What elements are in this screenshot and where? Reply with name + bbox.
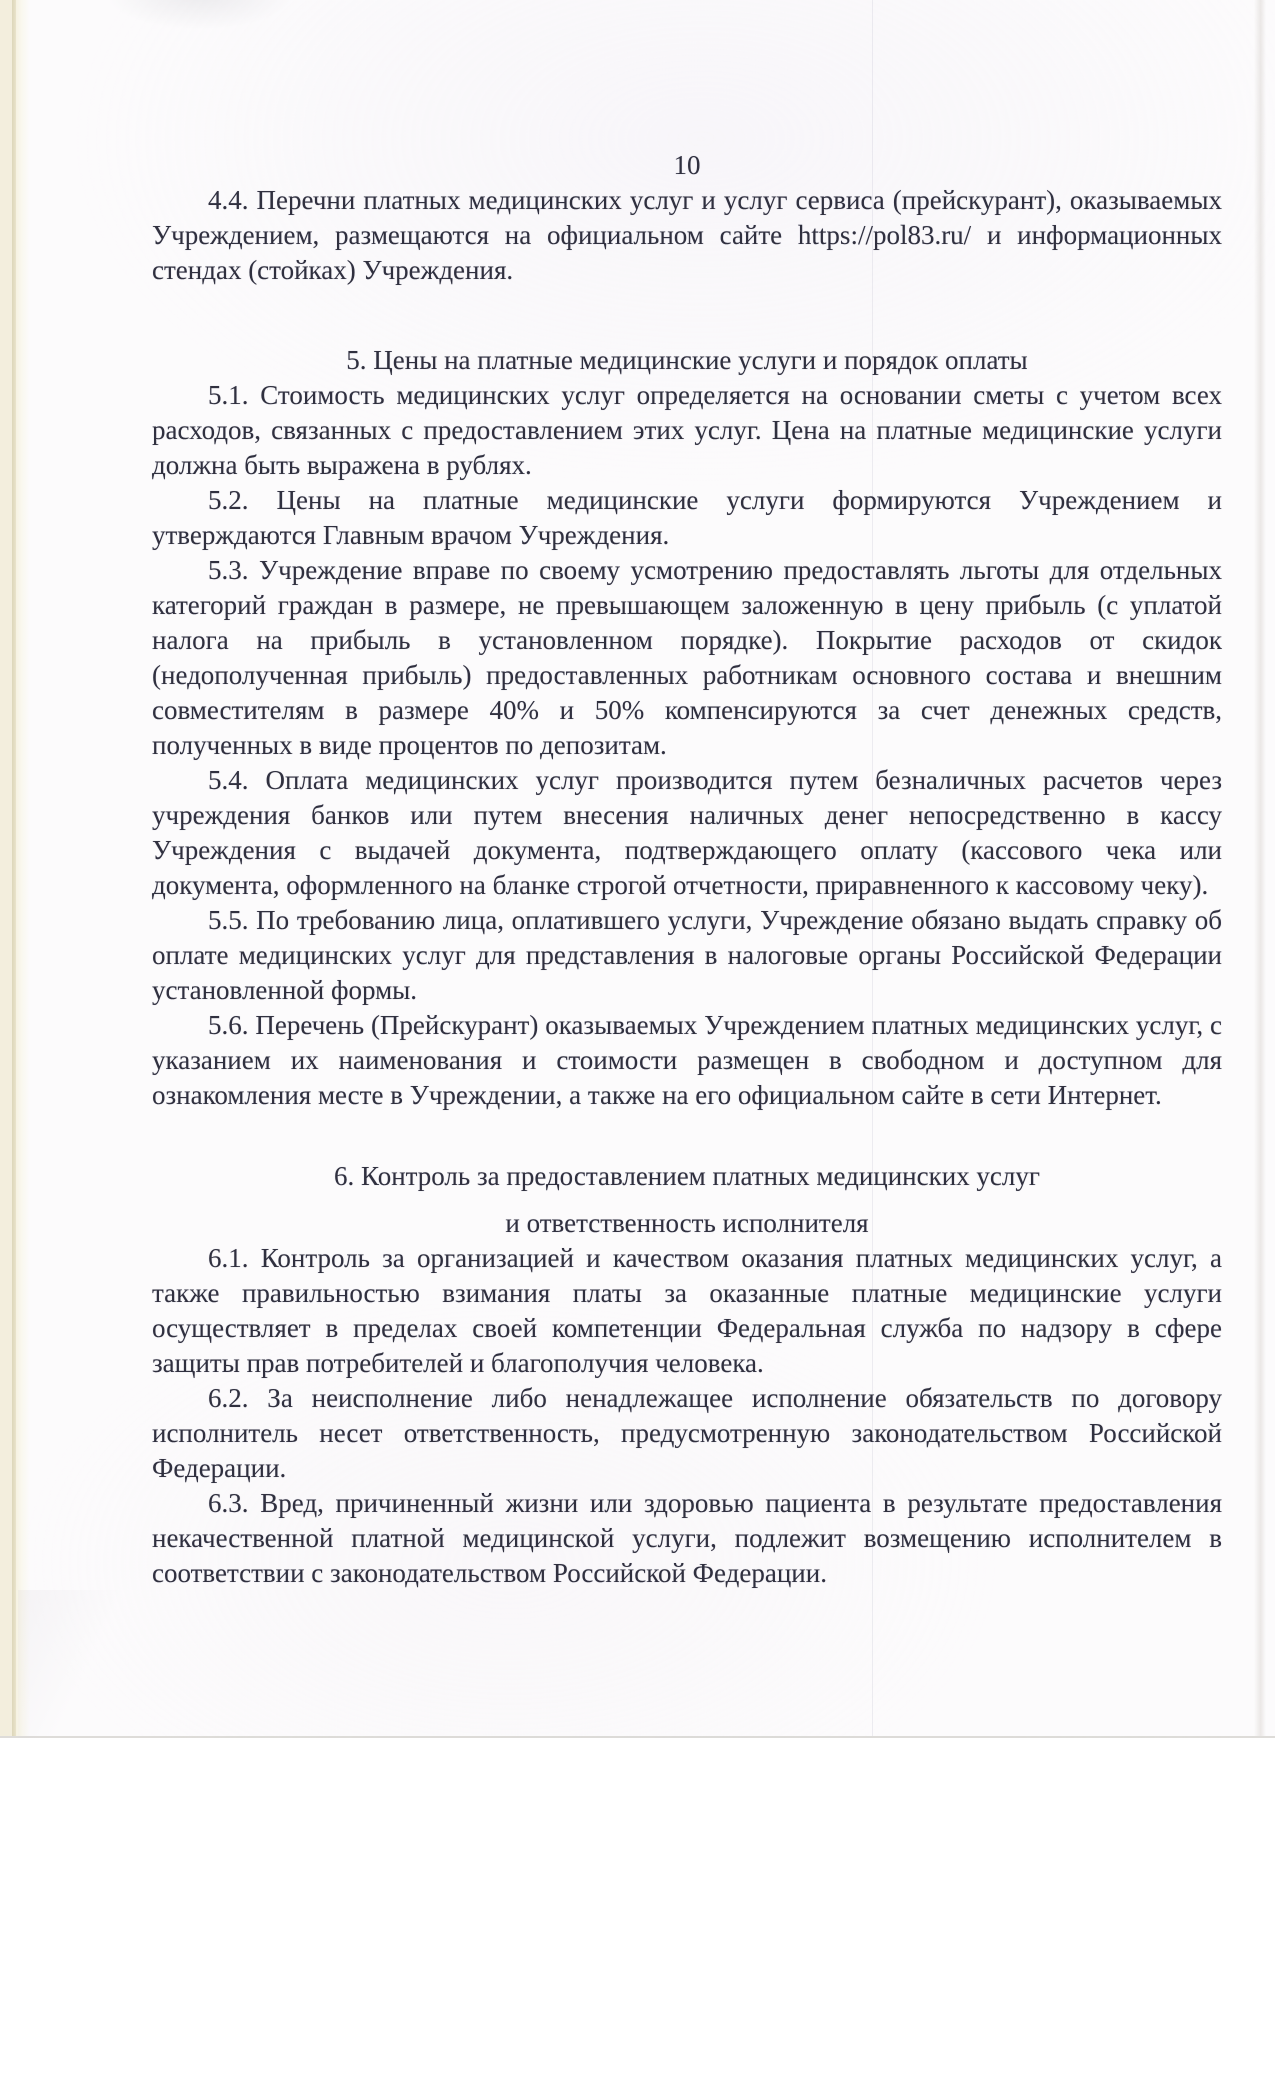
scanner-bed-strip — [0, 0, 30, 1736]
paragraph-4-4: 4.4. Перечни платных медицинских услуг и… — [152, 183, 1222, 288]
page-right-edge-shadow — [1254, 0, 1266, 1736]
section-6-heading-line2: и ответственность исполнителя — [152, 1206, 1222, 1241]
scan-smudge-artifact — [105, 0, 295, 30]
page-number: 10 — [152, 148, 1222, 183]
paragraph-5-2: 5.2. Цены на платные медицинские услуги … — [152, 483, 1222, 553]
paragraph-5-3: 5.3. Учреждение вправе по своему усмотре… — [152, 553, 1222, 763]
section-6-heading-line1: 6. Контроль за предоставлением платных м… — [152, 1159, 1222, 1194]
scanned-page: 10 4.4. Перечни платных медицинских услу… — [0, 0, 1275, 1738]
section-5-heading: 5. Цены на платные медицинские услуги и … — [152, 343, 1222, 378]
paragraph-5-6: 5.6. Перечень (Прейскурант) оказываемых … — [152, 1008, 1222, 1113]
document-viewer: 10 4.4. Перечни платных медицинских услу… — [0, 0, 1275, 2100]
page-content: 10 4.4. Перечни платных медицинских услу… — [152, 148, 1222, 1591]
paragraph-6-2: 6.2. За неисполнение либо ненадлежащее и… — [152, 1381, 1222, 1486]
paragraph-6-1: 6.1. Контроль за организацией и качество… — [152, 1241, 1222, 1381]
paragraph-6-3: 6.3. Вред, причиненный жизни или здоровь… — [152, 1486, 1222, 1591]
paragraph-5-1: 5.1. Стоимость медицинских услуг определ… — [152, 378, 1222, 483]
paragraph-5-4: 5.4. Оплата медицинских услуг производит… — [152, 763, 1222, 903]
paragraph-5-5: 5.5. По требованию лица, оплатившего усл… — [152, 903, 1222, 1008]
paper-crease-artifact — [18, 1590, 188, 1738]
